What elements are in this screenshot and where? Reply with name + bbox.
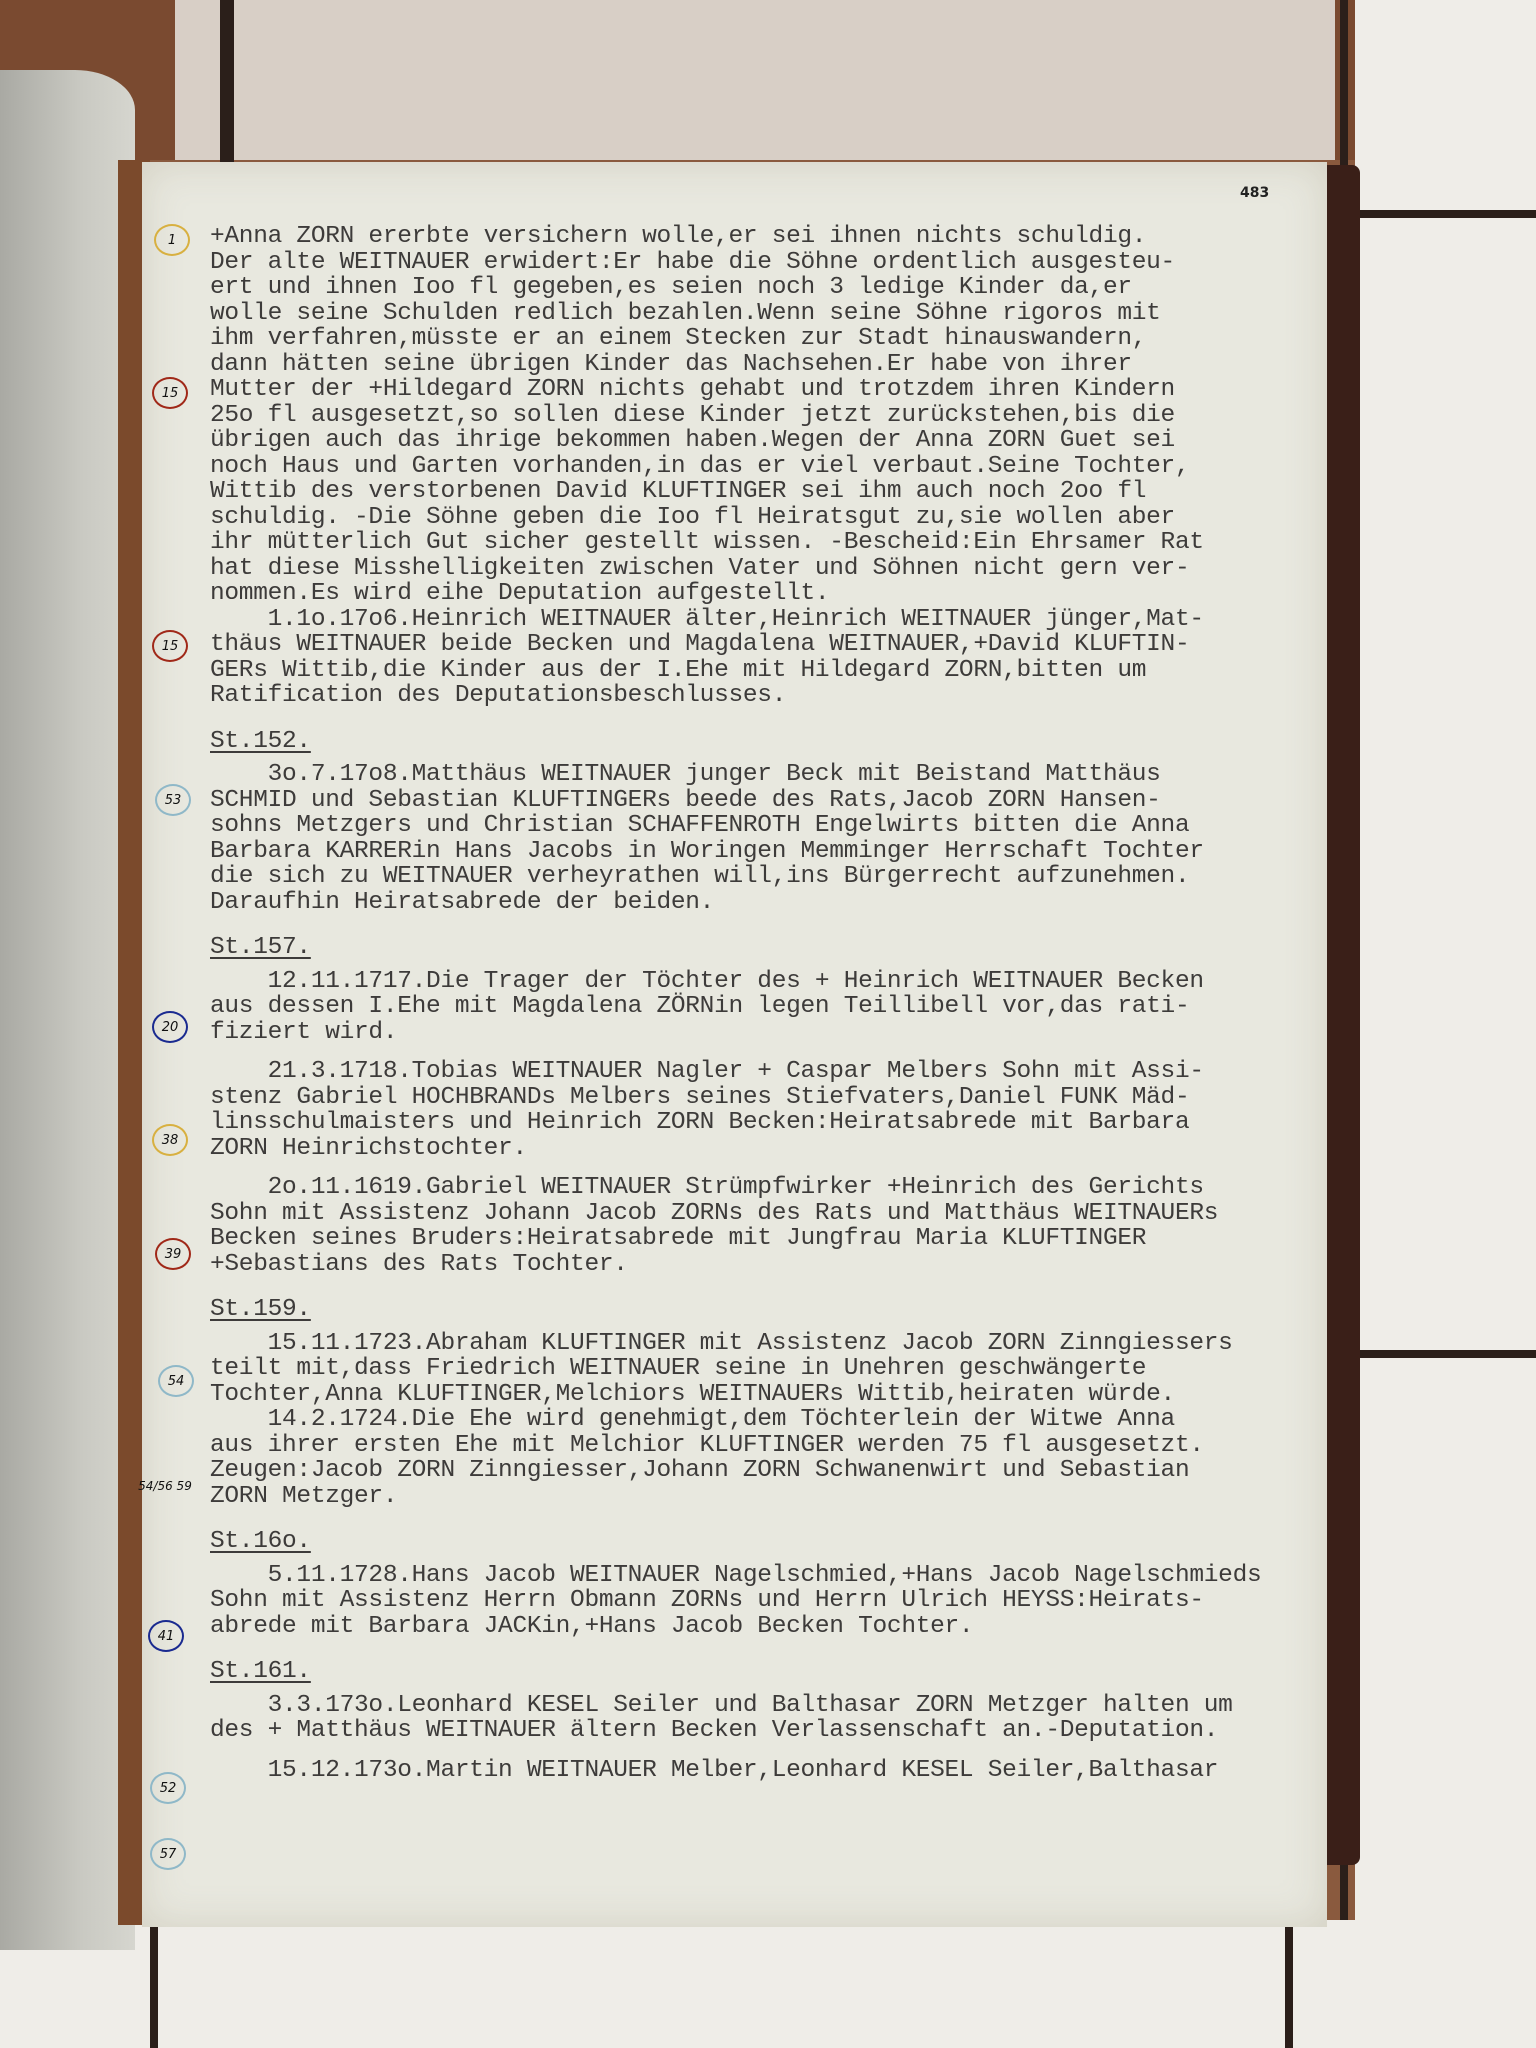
text-line: Der alte WEITNAUER erwidert:Er habe die …: [210, 250, 1340, 276]
tile-grout: [1285, 1920, 1293, 2048]
text-line: fiziert wird.: [210, 1020, 1340, 1046]
text-line: Tochter,Anna KLUFTINGER,Melchiors WEITNA…: [210, 1382, 1340, 1408]
margin-note: 15: [152, 377, 188, 409]
text-line: [210, 1744, 1340, 1758]
margin-note: 20: [152, 1011, 188, 1043]
text-line: sohns Metzgers und Christian SCHAFFENROT…: [210, 813, 1340, 839]
section-heading: St.161.: [210, 1658, 311, 1685]
background-tile: [175, 0, 1335, 160]
text-line: wolle seine Schulden redlich bezahlen.We…: [210, 301, 1340, 327]
section-heading: St.152.: [210, 728, 311, 755]
text-line: Sohn mit Assistenz Herrn Obmann ZORNs un…: [210, 1588, 1340, 1614]
text-line: 25o fl ausgesetzt,so sollen diese Kinder…: [210, 403, 1340, 429]
margin-note: 53: [155, 784, 191, 816]
margin-note: 57: [150, 1838, 186, 1870]
margin-note: 1: [154, 224, 190, 256]
text-line: ZORN Heinrichstochter.: [210, 1136, 1340, 1162]
text-line: Wittib des verstorbenen David KLUFTINGER…: [210, 479, 1340, 505]
text-line: 2o.11.1619.Gabriel WEITNAUER Strümpfwirk…: [210, 1175, 1340, 1201]
text-line: 3.3.173o.Leonhard KESEL Seiler und Balth…: [210, 1693, 1340, 1719]
text-line: nommen.Es wird eihe Deputation aufgestel…: [210, 581, 1340, 607]
text-line: ZORN Metzger.: [210, 1484, 1340, 1510]
text-line: 5.11.1728.Hans Jacob WEITNAUER Nagelschm…: [210, 1563, 1340, 1589]
text-line: SCHMID und Sebastian KLUFTINGERs beede d…: [210, 788, 1340, 814]
text-line: noch Haus und Garten vorhanden,in das er…: [210, 454, 1340, 480]
left-page: [0, 70, 135, 1950]
background-tiles-bottom: [0, 1920, 1536, 2048]
section-gap: [210, 1277, 1340, 1297]
margin-note: 52: [150, 1772, 186, 1804]
text-line: 1.1o.17o6.Heinrich WEITNAUER älter,Heinr…: [210, 607, 1340, 633]
text-line: 15.12.173o.Martin WEITNAUER Melber,Leonh…: [210, 1758, 1340, 1784]
section-heading: St.157.: [210, 934, 311, 961]
section-gap: [210, 915, 1340, 935]
margin-note: 39: [155, 1238, 191, 1270]
text-line: thäus WEITNAUER beide Becken und Magdale…: [210, 632, 1340, 658]
text-line: schuldig. -Die Söhne geben die Ioo fl He…: [210, 505, 1340, 531]
text-line: Daraufhin Heiratsabrede der beiden.: [210, 890, 1340, 916]
text-line: Ratification des Deputationsbeschlusses.: [210, 683, 1340, 709]
text-line: Mutter der +Hildegard ZORN nichts gehabt…: [210, 377, 1340, 403]
text-line: GERs Wittib,die Kinder aus der I.Ehe mit…: [210, 658, 1340, 684]
text-line: Becken seines Bruders:Heiratsabrede mit …: [210, 1226, 1340, 1252]
text-line: 12.11.1717.Die Trager der Töchter des + …: [210, 969, 1340, 995]
text-line: ihr mütterlich Gut sicher gestellt wisse…: [210, 530, 1340, 556]
section-heading: St.16o.: [210, 1528, 311, 1555]
text-line: abrede mit Barbara JACKin,+Hans Jacob Be…: [210, 1614, 1340, 1640]
tile-grout: [220, 0, 234, 165]
text-line: dann hätten seine übrigen Kinder das Nac…: [210, 352, 1340, 378]
text-line: aus ihrer ersten Ehe mit Melchior KLUFTI…: [210, 1433, 1340, 1459]
text-line: hat diese Misshelligkeiten zwischen Vate…: [210, 556, 1340, 582]
section-gap: [210, 1509, 1340, 1529]
text-line: 3o.7.17o8.Matthäus WEITNAUER junger Beck…: [210, 762, 1340, 788]
text-line: linsschulmaisters und Heinrich ZORN Beck…: [210, 1110, 1340, 1136]
text-line: Sohn mit Assistenz Johann Jacob ZORNs de…: [210, 1201, 1340, 1227]
margin-note: 38: [152, 1124, 188, 1156]
text-line: übrigen auch das ihrige bekommen haben.W…: [210, 428, 1340, 454]
text-line: 15.11.1723.Abraham KLUFTINGER mit Assist…: [210, 1331, 1340, 1357]
text-line: +Sebastians des Rats Tochter.: [210, 1252, 1340, 1278]
text-line: 21.3.1718.Tobias WEITNAUER Nagler + Casp…: [210, 1059, 1340, 1085]
text-line: stenz Gabriel HOCHBRANDs Melbers seines …: [210, 1085, 1340, 1111]
text-line: des + Matthäus WEITNAUER ältern Becken V…: [210, 1718, 1340, 1744]
margin-note: 54: [158, 1365, 194, 1397]
text-line: [210, 1161, 1340, 1175]
margin-note: 15: [152, 630, 188, 662]
text-line: 14.2.1724.Die Ehe wird genehmigt,dem Töc…: [210, 1407, 1340, 1433]
text-line: Barbara KARRERin Hans Jacobs in Woringen…: [210, 839, 1340, 865]
background-tiles-right: [1355, 0, 1536, 2048]
page-number: 483: [1240, 185, 1269, 201]
tile-grout: [1350, 210, 1536, 218]
text-line: die sich zu WEITNAUER verheyrathen will,…: [210, 864, 1340, 890]
typed-text: +Anna ZORN ererbte versichern wolle,er s…: [210, 224, 1340, 1783]
section-gap: [210, 709, 1340, 729]
text-line: teilt mit,dass Friedrich WEITNAUER seine…: [210, 1356, 1340, 1382]
text-line: +Anna ZORN ererbte versichern wolle,er s…: [210, 224, 1340, 250]
text-line: ert und ihnen Ioo fl gegeben,es seien no…: [210, 275, 1340, 301]
section-heading: St.159.: [210, 1296, 311, 1323]
tile-grout: [1350, 1350, 1536, 1358]
tile-grout: [150, 1920, 158, 2048]
margin-note: 41: [148, 1620, 184, 1652]
text-line: aus dessen I.Ehe mit Magdalena ZÖRNin le…: [210, 994, 1340, 1020]
margin-note: 54/56 59: [128, 1470, 202, 1502]
text-line: [210, 1045, 1340, 1059]
text-line: Zeugen:Jacob ZORN Zinngiesser,Johann ZOR…: [210, 1458, 1340, 1484]
section-gap: [210, 1639, 1340, 1659]
text-line: ihm verfahren,müsste er an einem Stecken…: [210, 326, 1340, 352]
